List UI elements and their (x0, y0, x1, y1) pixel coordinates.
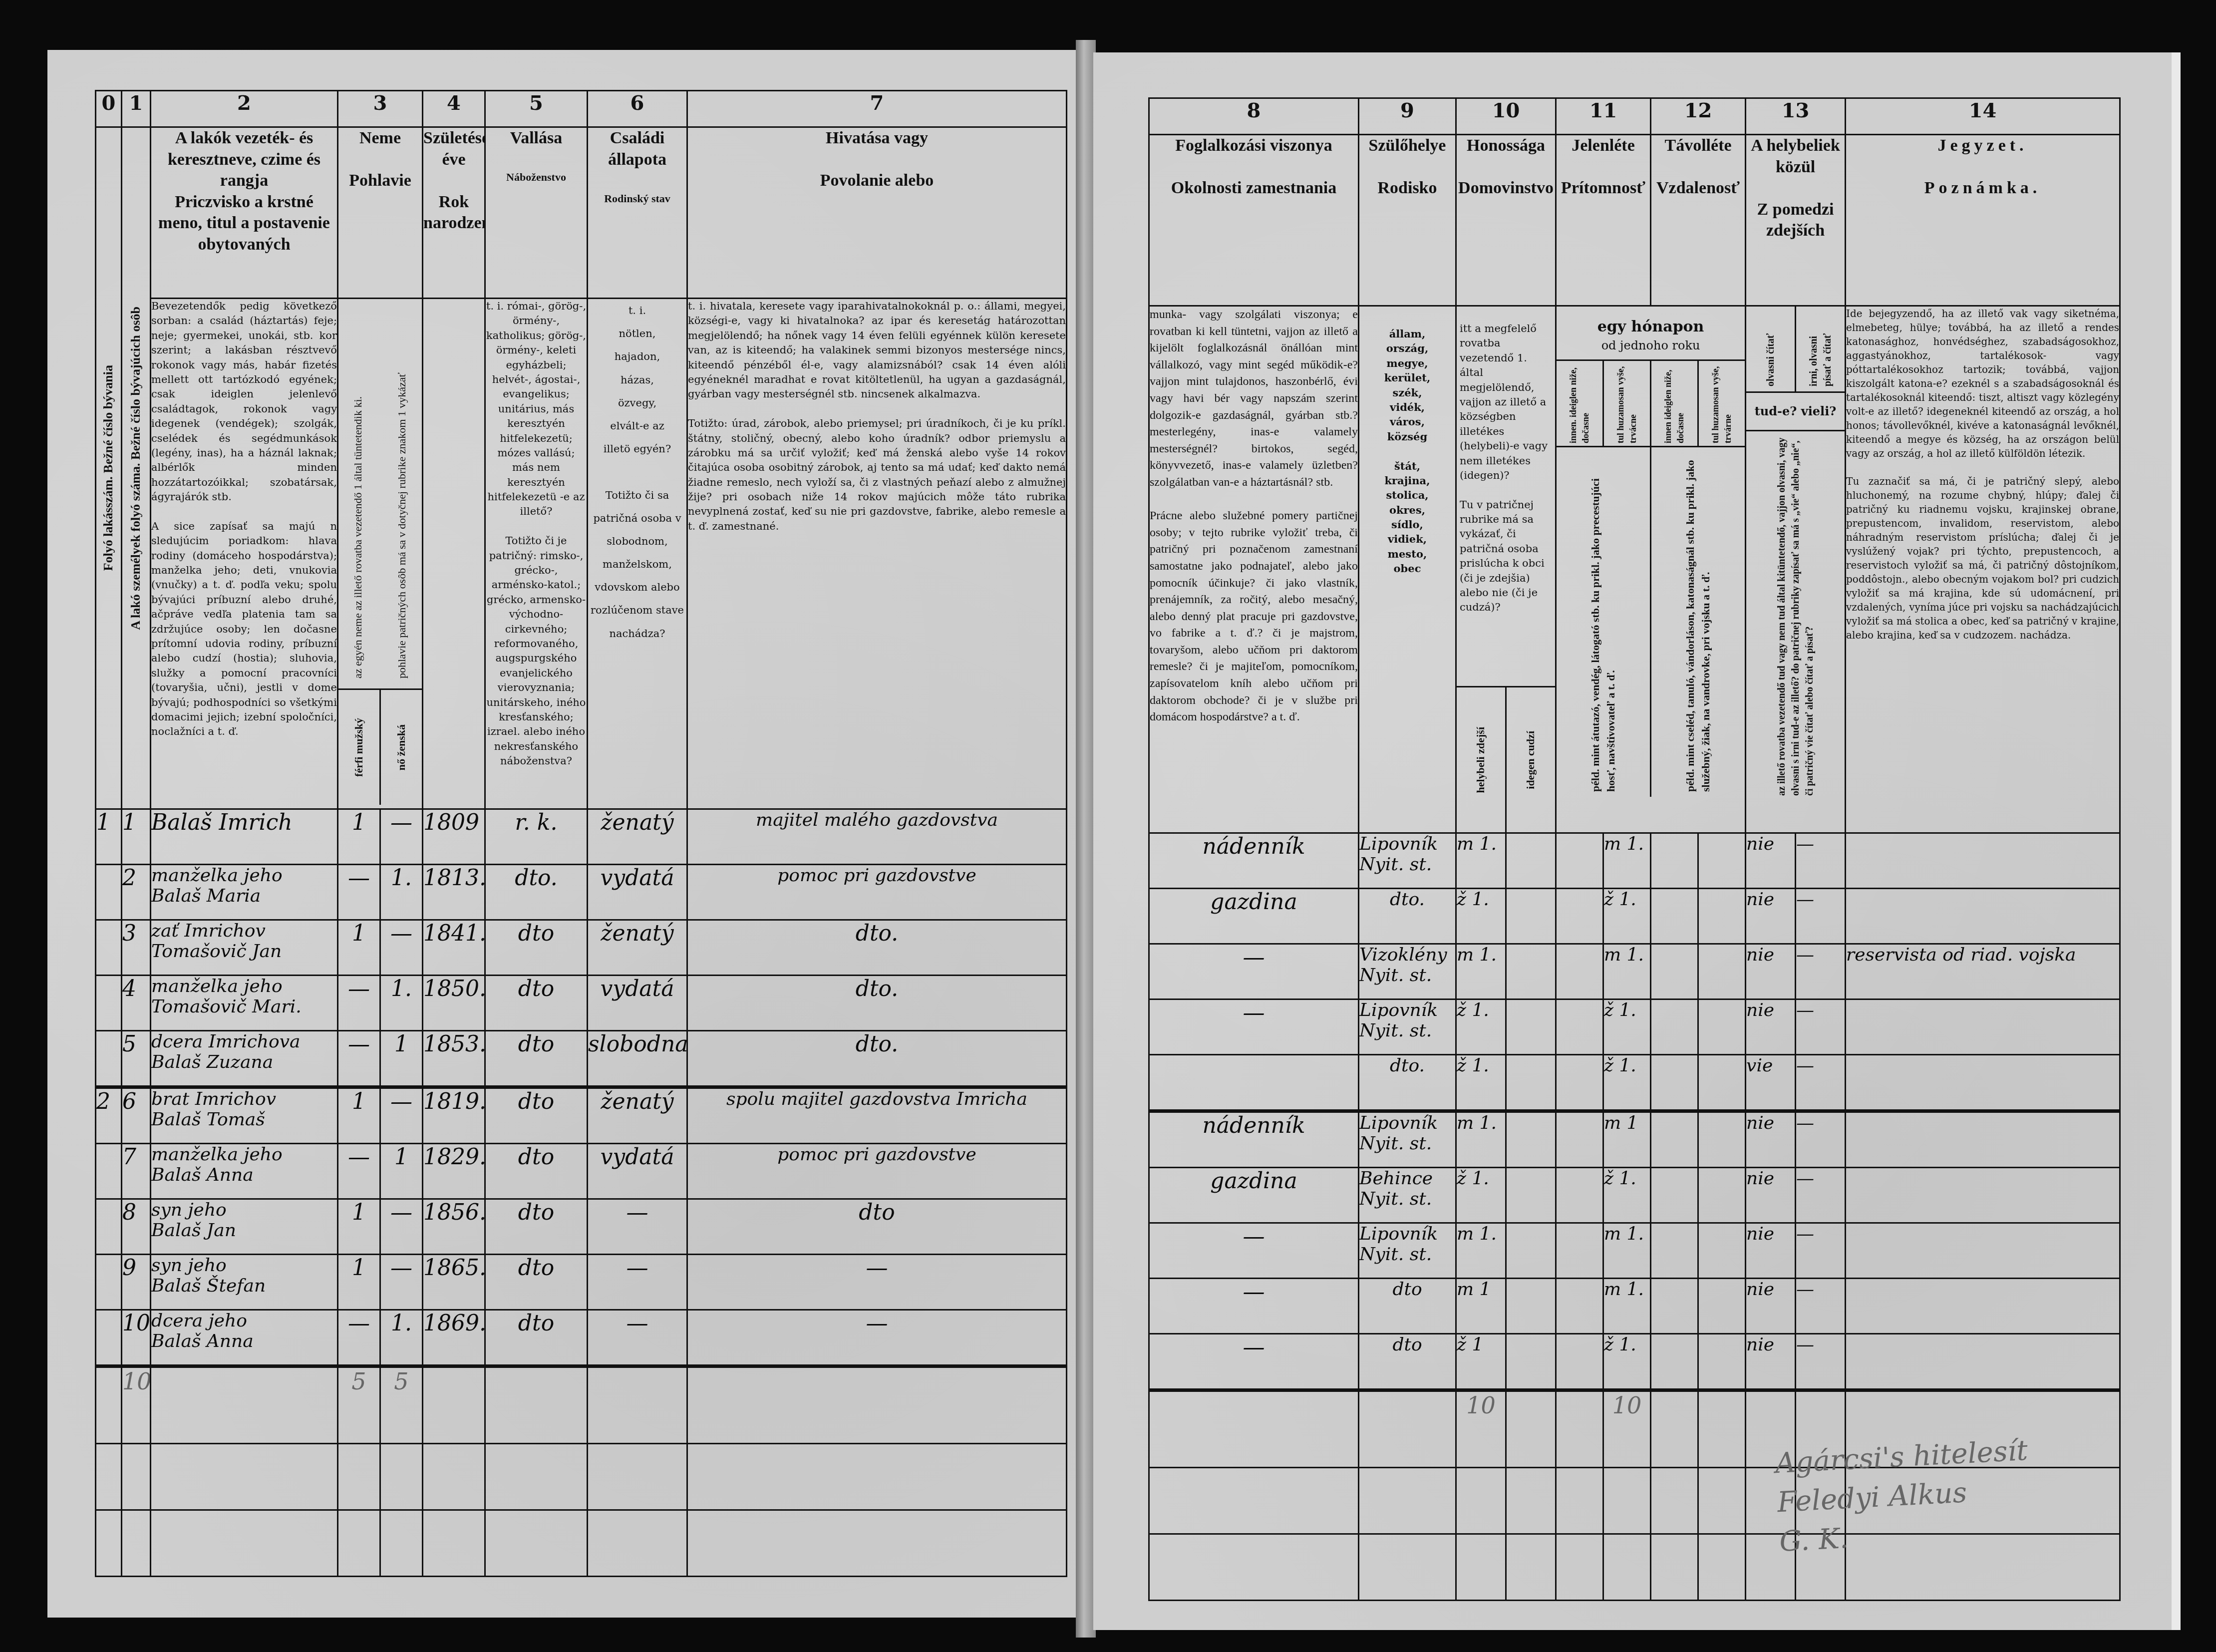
birthplace: dto (1359, 1334, 1456, 1390)
female-count: — (380, 1255, 423, 1310)
person-number: 1 (122, 809, 151, 865)
table-row: 7 manželka jehoBalaš Anna — 1 1829. dto … (96, 1144, 1067, 1199)
birthplace: Lipovník Nyit. st. (1359, 999, 1456, 1055)
birthplace: Behince Nyit. st. (1359, 1168, 1456, 1223)
literacy-read: nie (1746, 1111, 1796, 1168)
person-number: 6 (122, 1087, 151, 1144)
birth-year: 1809 (423, 809, 485, 865)
female-count: 1 (380, 1031, 423, 1087)
table-row: 9 syn jehoBalaš Štefan 1 — 1865. dto — — (96, 1255, 1067, 1310)
birth-year: 1819. (423, 1087, 485, 1144)
header-person-number: A lakó személyek folyó száma. Bežné čísl… (122, 127, 151, 809)
religion: dto (485, 1255, 588, 1310)
occupation-relation: — (1149, 999, 1359, 1055)
header-occupation: Hivatása vagy Povolanie alebo (687, 127, 1067, 299)
col-num-7: 7 (687, 91, 1067, 127)
person-name: Balaš Imrich (151, 809, 338, 865)
birth-year: 1856. (423, 1199, 485, 1255)
birth-year: 1869. (423, 1310, 485, 1366)
presence-long: m 1. (1603, 1223, 1651, 1279)
religion: dto (485, 1144, 588, 1199)
birthplace: dto. (1359, 1055, 1456, 1111)
birthplace: Vizoklény Nyit. st. (1359, 944, 1456, 999)
header-sex: Neme Pohlavie (338, 127, 423, 299)
female-count: 1. (380, 865, 423, 920)
marital-status: slobodna (588, 1031, 687, 1087)
person-number: 10 (122, 1310, 151, 1366)
birth-year: 1865. (423, 1255, 485, 1310)
marital-status: ženatý (588, 809, 687, 865)
literacy-write: — (1796, 1168, 1846, 1223)
col-num-13: 13 (1746, 98, 1846, 135)
header-presence: JelenlétePrítomnosť (1556, 135, 1651, 306)
literacy-read: nie (1746, 1279, 1796, 1334)
occupation-relation: nádenník (1149, 1111, 1359, 1168)
certification-signature: Agárcsi's hitelesít Feledyi Alkus G. K. (1774, 1431, 2033, 1562)
person-number: 4 (122, 976, 151, 1031)
instructions-religion: t. i. római-, görög-, örmény-, katholiku… (485, 299, 588, 809)
col-num-12: 12 (1651, 98, 1746, 135)
header-birthplace: SzülőhelyeRodisko (1359, 135, 1456, 306)
instructions-marital-status: t. i. nötlen, hajadon, házas, özvegy, el… (588, 299, 687, 809)
person-name: manželka jehoBalaš Maria (151, 865, 338, 920)
note (1846, 1111, 2120, 1168)
header-notes: Jegyzet.Poznámka. (1846, 135, 2120, 306)
left-page: 0 1 2 3 4 5 6 7 Folyó lakásszám. Bežné č… (47, 50, 1076, 1618)
literacy-write: — (1796, 1279, 1846, 1334)
blank-row (96, 1510, 1067, 1577)
table-row: nádenník Lipovník Nyit. st. m 1. m 1. ni… (1149, 833, 2120, 889)
marital-status: ženatý (588, 1087, 687, 1144)
female-count: — (380, 1087, 423, 1144)
presence-long: m 1 (1603, 1111, 1651, 1168)
instructions-occupation: t. i. hivatala, keresete vagy iparahivat… (687, 299, 1067, 809)
header-name: A lakók vezeték- és keresztneve, czime é… (151, 127, 338, 299)
occupation: dto. (687, 1031, 1067, 1087)
marital-status: — (588, 1199, 687, 1255)
religion: dto (485, 1031, 588, 1087)
census-table-left: 0 1 2 3 4 5 6 7 Folyó lakásszám. Bežné č… (95, 90, 1067, 1577)
marital-status: vydatá (588, 976, 687, 1031)
person-name: zať ImrichovTomašovič Jan (151, 920, 338, 976)
literacy-write: — (1796, 999, 1846, 1055)
domicile-local: m 1. (1456, 1223, 1506, 1279)
birth-year: 1850. (423, 976, 485, 1031)
col-num-9: 9 (1359, 98, 1456, 135)
literacy-read: nie (1746, 1334, 1796, 1390)
header-domicile: HonosságaDomovinstvo (1456, 135, 1556, 306)
col-num-8: 8 (1149, 98, 1359, 135)
column-number-row: 8 9 10 11 12 13 14 (1149, 98, 2120, 135)
note (1846, 889, 2120, 944)
religion: r. k. (485, 809, 588, 865)
male-count: — (338, 976, 380, 1031)
occupation: dto. (687, 920, 1067, 976)
table-row: 2 manželka jehoBalaš Maria — 1. 1813. dt… (96, 865, 1067, 920)
occupation-relation: nádenník (1149, 833, 1359, 889)
birthplace: Lipovník Nyit. st. (1359, 1111, 1456, 1168)
occupation: spolu majitel gazdovstva Imricha (687, 1087, 1067, 1144)
person-number: 2 (122, 865, 151, 920)
header-absence: TávolléteVzdalenosť (1651, 135, 1746, 306)
person-name: brat ImrichovBalaš Tomaš (151, 1087, 338, 1144)
occupation-relation: — (1149, 944, 1359, 999)
birth-year: 1829. (423, 1144, 485, 1199)
local-subheader: helybeli zdejší (1473, 727, 1489, 793)
marital-status: — (588, 1255, 687, 1310)
male-count: — (338, 1031, 380, 1087)
female-count: 1. (380, 1310, 423, 1366)
total-present: 10 (1603, 1390, 1651, 1468)
literacy-write: — (1796, 1223, 1846, 1279)
total-persons: 10 (122, 1366, 151, 1444)
birthplace: dto (1359, 1279, 1456, 1334)
occupation: — (687, 1255, 1067, 1310)
blank-row (96, 1444, 1067, 1510)
table-row: 10 dcera jehoBalaš Anna — 1. 1869. dto —… (96, 1310, 1067, 1366)
birthplace: dto. (1359, 889, 1456, 944)
presence-long: m 1. (1603, 944, 1651, 999)
male-count: 1 (338, 1255, 380, 1310)
header-marital-status: Családi állapota Rodinský stav (588, 127, 687, 299)
occupation: majitel malého gazdovstva (687, 809, 1067, 865)
person-name: syn jehoBalaš Jan (151, 1199, 338, 1255)
person-name: manželka jehoBalaš Anna (151, 1144, 338, 1199)
presence-long: ž 1. (1603, 1334, 1651, 1390)
literacy-read: nie (1746, 1223, 1796, 1279)
table-row: — Lipovník Nyit. st. m 1. m 1. nie — (1149, 1223, 2120, 1279)
instructions-birthplace: állam, ország, megye, kerület, szék, vid… (1359, 306, 1456, 833)
domicile-local: m 1. (1456, 944, 1506, 999)
col-num-1: 1 (122, 91, 151, 127)
presence-long: ž 1. (1603, 889, 1651, 944)
instructions-presence-absence: egy hónapon od jednoho roku innen. ideig… (1556, 306, 1746, 833)
occupation-relation: — (1149, 1279, 1359, 1334)
male-count: — (338, 1310, 380, 1366)
col-num-11: 11 (1556, 98, 1651, 135)
table-row: 8 syn jehoBalaš Jan 1 — 1856. dto — dto (96, 1199, 1067, 1255)
occupation: — (687, 1310, 1067, 1366)
person-name: dcera jehoBalaš Anna (151, 1310, 338, 1366)
domicile-foreign (1506, 833, 1556, 889)
instructions-domicile: itt a megfelelő rovatba vezetendő 1. ált… (1456, 306, 1556, 833)
presence-long: ž 1. (1603, 999, 1651, 1055)
religion: dto (485, 1199, 588, 1255)
male-count: — (338, 1144, 380, 1199)
table-row: dto. ž 1. ž 1. vie — (1149, 1055, 2120, 1111)
domicile-local: ž 1. (1456, 889, 1506, 944)
domicile-local: ž 1 (1456, 1334, 1506, 1390)
note (1846, 1223, 2120, 1279)
totals-row: 10 5 5 (96, 1366, 1067, 1444)
occupation-relation (1149, 1055, 1359, 1111)
table-row: 1 1 Balaš Imrich 1 — 1809 r. k. ženatý m… (96, 809, 1067, 865)
instruction-row: munka- vagy szolgálati viszonya; e rovat… (1149, 306, 2120, 833)
male-count: 1 (338, 809, 380, 865)
male-count: 1 (338, 1199, 380, 1255)
table-row: — dto m 1 m 1. nie — (1149, 1279, 2120, 1334)
instructions-sex: az egyén neme az illető rovatba vezetend… (338, 299, 423, 809)
col-num-6: 6 (588, 91, 687, 127)
note (1846, 1279, 2120, 1334)
literacy-read: nie (1746, 999, 1796, 1055)
presence-long: ž 1. (1603, 1168, 1651, 1223)
total-female: 5 (380, 1366, 423, 1444)
religion: dto (485, 920, 588, 976)
column-header-row: Foglalkozási viszonyaOkolnosti zamestnan… (1149, 135, 2120, 306)
literacy-write: — (1796, 1111, 1846, 1168)
literacy-read: nie (1746, 944, 1796, 999)
literacy-read: nie (1746, 1168, 1796, 1223)
person-number: 3 (122, 920, 151, 976)
male-count: 1 (338, 1087, 380, 1144)
occupation: dto (687, 1199, 1067, 1255)
instructions-birth-year (423, 299, 485, 809)
person-name: manželka jehoTomašovič Mari. (151, 976, 338, 1031)
domicile-local: ž 1. (1456, 999, 1506, 1055)
total-domicile: 10 (1456, 1390, 1506, 1468)
male-count: — (338, 865, 380, 920)
table-row: — Lipovník Nyit. st. ž 1. ž 1. nie — (1149, 999, 2120, 1055)
person-name: dcera ImrichovaBalaš Zuzana (151, 1031, 338, 1087)
table-row: 5 dcera ImrichovaBalaš Zuzana — 1 1853. … (96, 1031, 1067, 1087)
literacy-read: vie (1746, 1055, 1796, 1111)
instruction-row: Bevezetendők pedig következő sorban: a c… (96, 299, 1067, 809)
female-count: — (380, 920, 423, 976)
header-religion: Vallása Náboženstvo (485, 127, 588, 299)
col-num-14: 14 (1846, 98, 2120, 135)
marital-status: ženatý (588, 920, 687, 976)
right-page: 8 9 10 11 12 13 14 Foglalkozási viszonya… (1093, 52, 2181, 1630)
religion: dto (485, 1310, 588, 1366)
female-count: — (380, 809, 423, 865)
header-occupation-relation: Foglalkozási viszonyaOkolnosti zamestnan… (1149, 135, 1359, 306)
presence-long: m 1. (1603, 833, 1651, 889)
person-number: 5 (122, 1031, 151, 1087)
col-num-10: 10 (1456, 98, 1556, 135)
literacy-write: — (1796, 1055, 1846, 1111)
occupation-relation: gazdina (1149, 1168, 1359, 1223)
foreign-subheader: idegen cudzí (1523, 731, 1539, 789)
table-row: — Vizoklény Nyit. st. m 1. m 1. nie — re… (1149, 944, 2120, 999)
marital-status: — (588, 1310, 687, 1366)
table-row: 4 manželka jehoTomašovič Mari. — 1. 1850… (96, 976, 1067, 1031)
birth-year: 1813. (423, 865, 485, 920)
domicile-local: m 1. (1456, 1111, 1506, 1168)
note (1846, 1055, 2120, 1111)
book-gutter (1076, 40, 1096, 1638)
col-num-0: 0 (96, 91, 122, 127)
religion: dto (485, 976, 588, 1031)
total-male: 5 (338, 1366, 380, 1444)
occupation: pomoc pri gazdovstve (687, 865, 1067, 920)
presence-long: ž 1. (1603, 1055, 1651, 1111)
person-number: 9 (122, 1255, 151, 1310)
literacy-write: — (1796, 833, 1846, 889)
col-num-4: 4 (423, 91, 485, 127)
instructions-literacy: olvasni čítať irni, olvasni písať a číta… (1746, 306, 1846, 833)
col-num-2: 2 (151, 91, 338, 127)
instructions-name: Bevezetendők pedig következő sorban: a c… (151, 299, 338, 809)
occupation-relation: — (1149, 1223, 1359, 1279)
occupation-relation: gazdina (1149, 889, 1359, 944)
religion: dto. (485, 865, 588, 920)
instructions-occupation-relation: munka- vagy szolgálati viszonya; e rovat… (1149, 306, 1359, 833)
female-count: 1. (380, 976, 423, 1031)
table-row: 2 6 brat ImrichovBalaš Tomaš 1 — 1819. d… (96, 1087, 1067, 1144)
column-number-row: 0 1 2 3 4 5 6 7 (96, 91, 1067, 127)
person-number: 8 (122, 1199, 151, 1255)
birth-year: 1853. (423, 1031, 485, 1087)
table-row: — dto ž 1 ž 1. nie — (1149, 1334, 2120, 1390)
note: reservista od riad. vojska (1846, 944, 2120, 999)
male-count: 1 (338, 920, 380, 976)
birth-year: 1841. (423, 920, 485, 976)
male-subheader: férfi mužský (351, 718, 367, 777)
marital-status: vydatá (588, 1144, 687, 1199)
header-dwelling-number: Folyó lakásszám. Bežné číslo bývania (96, 127, 122, 809)
birthplace: Lipovník Nyit. st. (1359, 833, 1456, 889)
literacy-read: nie (1746, 833, 1796, 889)
occupation-relation: — (1149, 1334, 1359, 1390)
religion: dto (485, 1087, 588, 1144)
presence-long: m 1. (1603, 1279, 1651, 1334)
domicile-local: m 1 (1456, 1279, 1506, 1334)
dwelling-number: 1 (96, 809, 122, 865)
literacy-write: — (1796, 944, 1846, 999)
occupation: pomoc pri gazdovstve (687, 1144, 1067, 1199)
person-number: 7 (122, 1144, 151, 1199)
marital-status: vydatá (588, 865, 687, 920)
table-row: gazdina Behince Nyit. st. ž 1. ž 1. nie … (1149, 1168, 2120, 1223)
table-row: gazdina dto. ž 1. ž 1. nie — (1149, 889, 2120, 944)
female-count: — (380, 1199, 423, 1255)
note (1846, 999, 2120, 1055)
domicile-local: ž 1. (1456, 1168, 1506, 1223)
female-count: 1 (380, 1144, 423, 1199)
header-literacy: A helybeliek közülZ pomedzi zdejších (1746, 135, 1846, 306)
header-birth-year: Születése éve Rok narodzenia (423, 127, 485, 299)
person-name: syn jehoBalaš Štefan (151, 1255, 338, 1310)
literacy-write: — (1796, 889, 1846, 944)
domicile-local: m 1. (1456, 833, 1506, 889)
column-header-row: Folyó lakásszám. Bežné číslo bývania A l… (96, 127, 1067, 299)
occupation: dto. (687, 976, 1067, 1031)
domicile-local: ž 1. (1456, 1055, 1506, 1111)
dwelling-number: 2 (96, 1087, 122, 1144)
note (1846, 1168, 2120, 1223)
birthplace: Lipovník Nyit. st. (1359, 1223, 1456, 1279)
female-subheader: nő ženská (394, 724, 409, 770)
literacy-write: — (1796, 1334, 1846, 1390)
note (1846, 833, 2120, 889)
col-num-5: 5 (485, 91, 588, 127)
census-table-right: 8 9 10 11 12 13 14 Foglalkozási viszonya… (1148, 97, 2121, 1601)
table-row: nádenník Lipovník Nyit. st. m 1. m 1 nie… (1149, 1111, 2120, 1168)
instructions-notes: Ide bejegyzendő, ha az illető vak vagy s… (1846, 306, 2120, 833)
table-row: 3 zať ImrichovTomašovič Jan 1 — 1841. dt… (96, 920, 1067, 976)
col-num-3: 3 (338, 91, 423, 127)
literacy-read: nie (1746, 889, 1796, 944)
note (1846, 1334, 2120, 1390)
